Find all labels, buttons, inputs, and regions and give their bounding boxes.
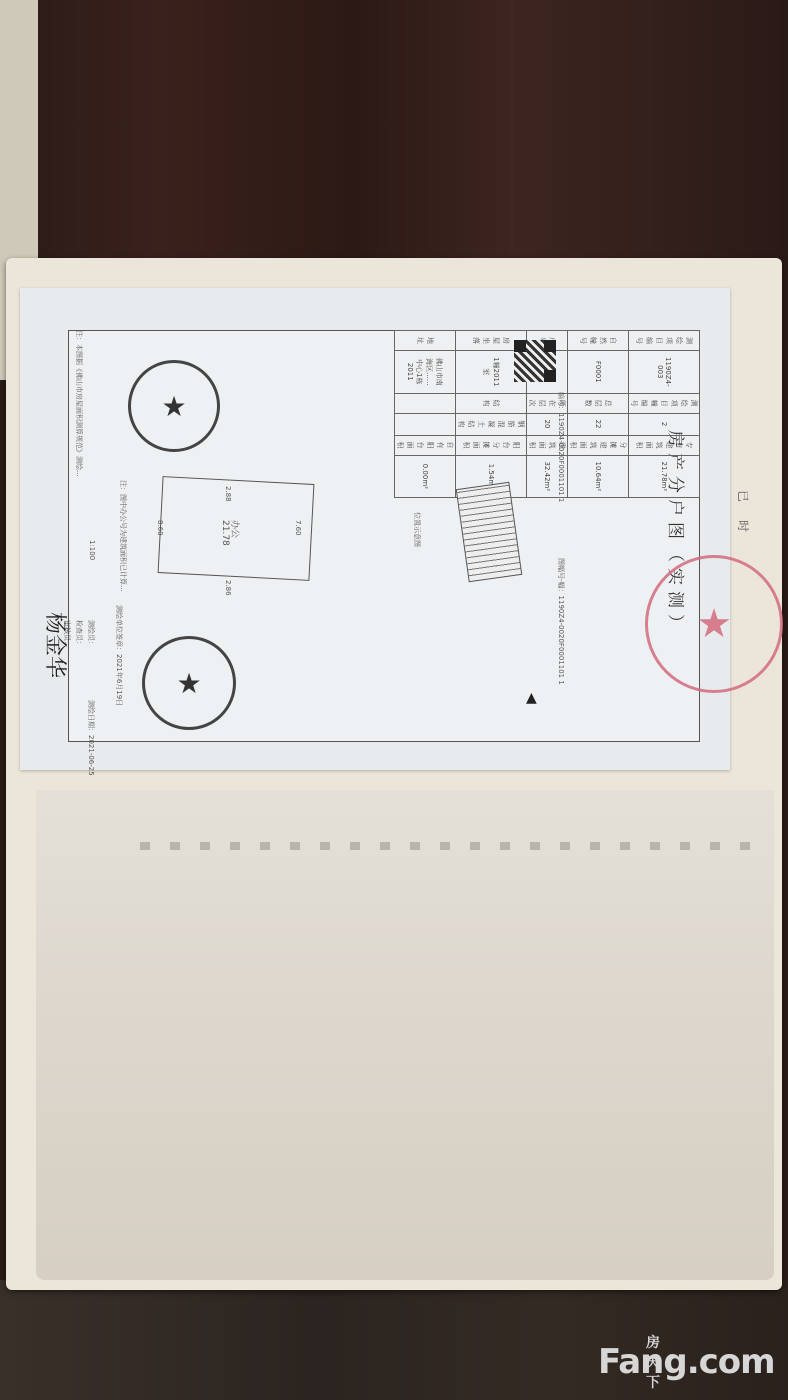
map-number-label: 图幅号-幅： bbox=[557, 558, 565, 596]
table-surface bbox=[0, 1280, 788, 1400]
table-cell: 结构 bbox=[456, 393, 527, 413]
qr-code-icon bbox=[514, 340, 556, 382]
survey-date: 测绘日期：2021-06-25 bbox=[86, 700, 96, 776]
table-row: 地址佛山市南海区......中心1栋2011自有阳台面积0.00m² bbox=[395, 331, 456, 498]
table-cell: 2 bbox=[629, 413, 700, 435]
red-official-stamp: ★ bbox=[645, 555, 783, 693]
north-arrow-icon: ▲ bbox=[526, 690, 537, 706]
table-cell: 10.64m² bbox=[568, 455, 629, 498]
document-number: 编号：1190Z4-0020F0001101 1 bbox=[556, 392, 566, 502]
staff-2: 检查员： bbox=[74, 620, 84, 648]
number-value: 1190Z4-0020F0001101 1 bbox=[557, 413, 565, 502]
table-cell: 分摊建筑面积 bbox=[568, 435, 629, 455]
map-number: 图幅号-幅：1190Z4-0020F0001101 1 bbox=[556, 558, 566, 685]
watermark-en: Fang.com bbox=[598, 1342, 775, 1382]
table-cell: 总层数 bbox=[568, 393, 629, 413]
room-area: 21.78 bbox=[220, 520, 230, 546]
redacted-text-line bbox=[140, 842, 770, 850]
dim-left: 2.88 bbox=[224, 486, 232, 502]
table-cell: 地址 bbox=[395, 331, 456, 351]
number-label: 编号： bbox=[557, 392, 565, 413]
dim-right: 2.86 bbox=[224, 580, 232, 596]
booklet-edge-char-2: 时 bbox=[735, 520, 752, 532]
booklet-lower-page bbox=[36, 790, 774, 1280]
gray-stamp-bottom: ★ bbox=[142, 636, 236, 730]
gray-stamp-top: ★ bbox=[128, 360, 220, 452]
table-cell: 佛山市南海区......中心1栋2011 bbox=[395, 351, 456, 394]
table-cell: 钢筋混凝土结构 bbox=[456, 413, 527, 435]
table-cell: F0001 bbox=[568, 351, 629, 394]
table-cell: 专有建筑面积 bbox=[629, 435, 700, 455]
note-text: 注：图中办公号为建筑面积已计算... bbox=[118, 480, 128, 592]
table-cell bbox=[395, 393, 456, 413]
site-diagram-label: 位置示意图 bbox=[412, 512, 422, 547]
table-cell: 1190Z4-003 bbox=[629, 351, 700, 394]
stamp-footer-text: 测绘单位签章：2021年6月19日 bbox=[114, 605, 124, 706]
table-cell: 自然幢号 bbox=[568, 331, 629, 351]
table-cell: 0.00m² bbox=[395, 455, 456, 498]
table-row: 自然幢号F0001总层数22分摊建筑面积10.64m² bbox=[568, 331, 629, 498]
table-cell: 测绘项目幢编号 bbox=[629, 393, 700, 413]
table-cell: 测绘项目编号 bbox=[629, 331, 700, 351]
table-cell: 阳台分摊面积 bbox=[456, 435, 527, 455]
staff-1: 测绘员： bbox=[86, 620, 96, 648]
table-cell: 22 bbox=[568, 413, 629, 435]
handwritten-signature: 杨金华 bbox=[41, 612, 72, 678]
table-cell: 21.78m² bbox=[629, 455, 700, 498]
scale-label: 1:100 bbox=[88, 540, 96, 560]
table-row: 测绘项目编号1190Z4-003测绘项目幢编号2专有建筑面积21.78m² bbox=[629, 331, 700, 498]
dim-top: 7.60 bbox=[294, 520, 302, 536]
table-cell bbox=[395, 413, 456, 435]
side-notes: 注：本图据《佛山市房屋面积测算规范》测绘... bbox=[74, 330, 84, 550]
table-cell: 自有阳台面积 bbox=[395, 435, 456, 455]
map-number-value: 1190Z4-0020F0001101 1 bbox=[557, 596, 565, 685]
dim-bottom: 8.60 bbox=[156, 520, 164, 536]
booklet-edge-char-1: 已 bbox=[735, 490, 752, 502]
room-label: 办公 bbox=[229, 520, 242, 538]
